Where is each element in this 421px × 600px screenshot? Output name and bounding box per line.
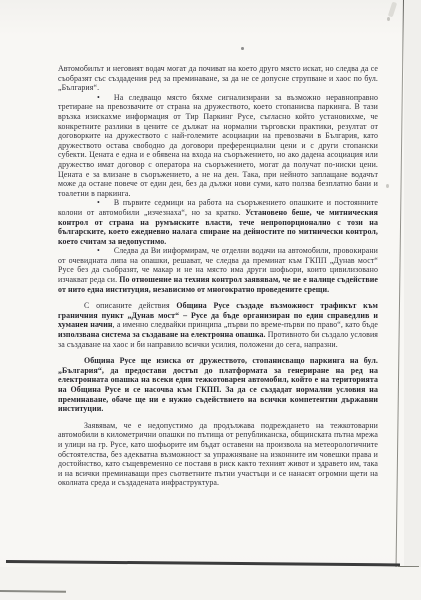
paragraph: •Следва да Ви информирам, че отделни вод… <box>58 246 378 294</box>
page-bottom-margin-area <box>0 567 421 600</box>
paragraph: Автомобилът и неговият водач могат да по… <box>58 64 378 93</box>
page-right-margin-area <box>404 0 421 600</box>
scan-smudge <box>388 2 397 18</box>
paragraph: Заявявам, че е недопустимо да продължава… <box>58 421 378 488</box>
text-run: С описаните действия <box>84 301 176 310</box>
paragraph: •В първите седмици на работа на съоръжен… <box>58 198 378 246</box>
scanned-page: Автомобилът и неговият водач могат да по… <box>0 0 421 600</box>
paragraph: Община Русе ще изиска от дружеството, ст… <box>58 356 378 414</box>
bullet-marker: • <box>97 198 100 207</box>
bullet-marker: • <box>97 246 100 255</box>
scan-artifact-speck <box>387 17 390 21</box>
bullet-marker: • <box>97 93 100 102</box>
bold-text-run: използвана система за създаване на елект… <box>58 330 266 339</box>
text-run: На следващо място бяхме сигнализирани за… <box>58 93 378 198</box>
paragraph: •На следващо място бяхме сигнализирани з… <box>58 93 378 199</box>
scan-artifact-speck <box>241 47 244 50</box>
document-body: Автомобилът и неговият водач могат да по… <box>58 64 378 488</box>
scan-artifact-speck <box>386 184 389 188</box>
text-run: Автомобилът и неговият водач могат да по… <box>58 64 378 92</box>
text-run: Заявявам, че е недопустимо да продължава… <box>58 421 378 488</box>
bold-text-run: Община Русе ще изиска от дружеството, ст… <box>58 356 378 413</box>
scan-bottom-shadow-line <box>6 560 400 566</box>
text-run: , а именно следвайки принципа „първи по … <box>113 320 378 329</box>
paragraph: С описаните действия Община Русе създаде… <box>58 301 378 349</box>
